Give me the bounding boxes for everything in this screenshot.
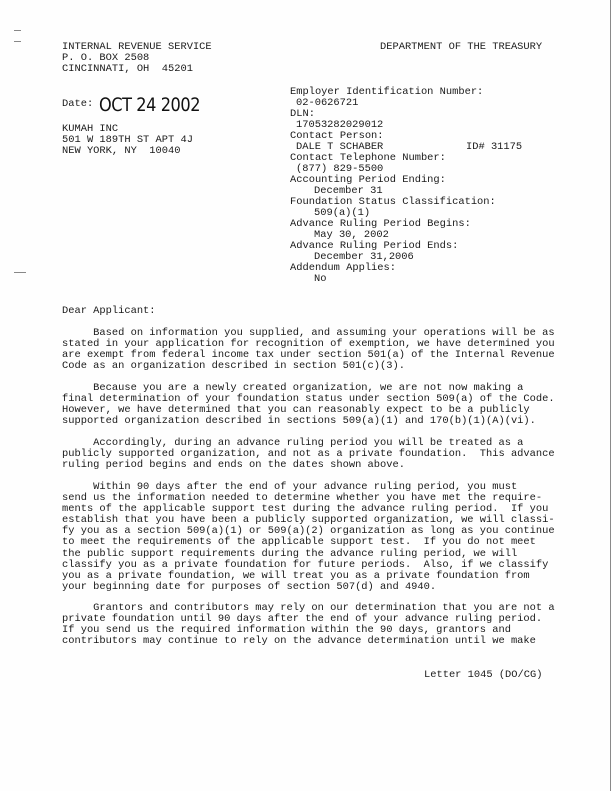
letter-page: INTERNAL REVENUE SERVICE P. O. BOX 2508 … <box>0 0 612 791</box>
page-edge <box>610 0 611 791</box>
sender-line: CINCINNATI, OH 45201 <box>62 64 193 75</box>
body-paragraph: Based on information you supplied, and a… <box>62 328 562 372</box>
body-paragraph: Because you are a newly created organiza… <box>62 383 562 427</box>
body-paragraph: Grantors and contributors may rely on ou… <box>62 603 562 647</box>
contact-id: ID# 31175 <box>466 142 522 153</box>
body-paragraph: Within 90 days after the end of your adv… <box>62 482 562 593</box>
date-label: Date: <box>62 98 93 110</box>
body-paragraph: Accordingly, during an advance ruling pe… <box>62 438 562 471</box>
margin-mark <box>14 30 21 31</box>
addendum-value: No <box>314 274 326 285</box>
department-heading: DEPARTMENT OF THE TREASURY <box>380 42 542 53</box>
recipient-line: NEW YORK, NY 10040 <box>62 146 180 157</box>
addendum-label: Addendum Applies: <box>290 263 396 274</box>
date-stamp: OCT 24 2002 <box>99 94 200 116</box>
letter-footer: Letter 1045 (DO/CG) <box>424 670 542 681</box>
margin-mark <box>14 41 21 42</box>
salutation: Dear Applicant: <box>62 306 156 317</box>
margin-mark <box>14 272 26 273</box>
